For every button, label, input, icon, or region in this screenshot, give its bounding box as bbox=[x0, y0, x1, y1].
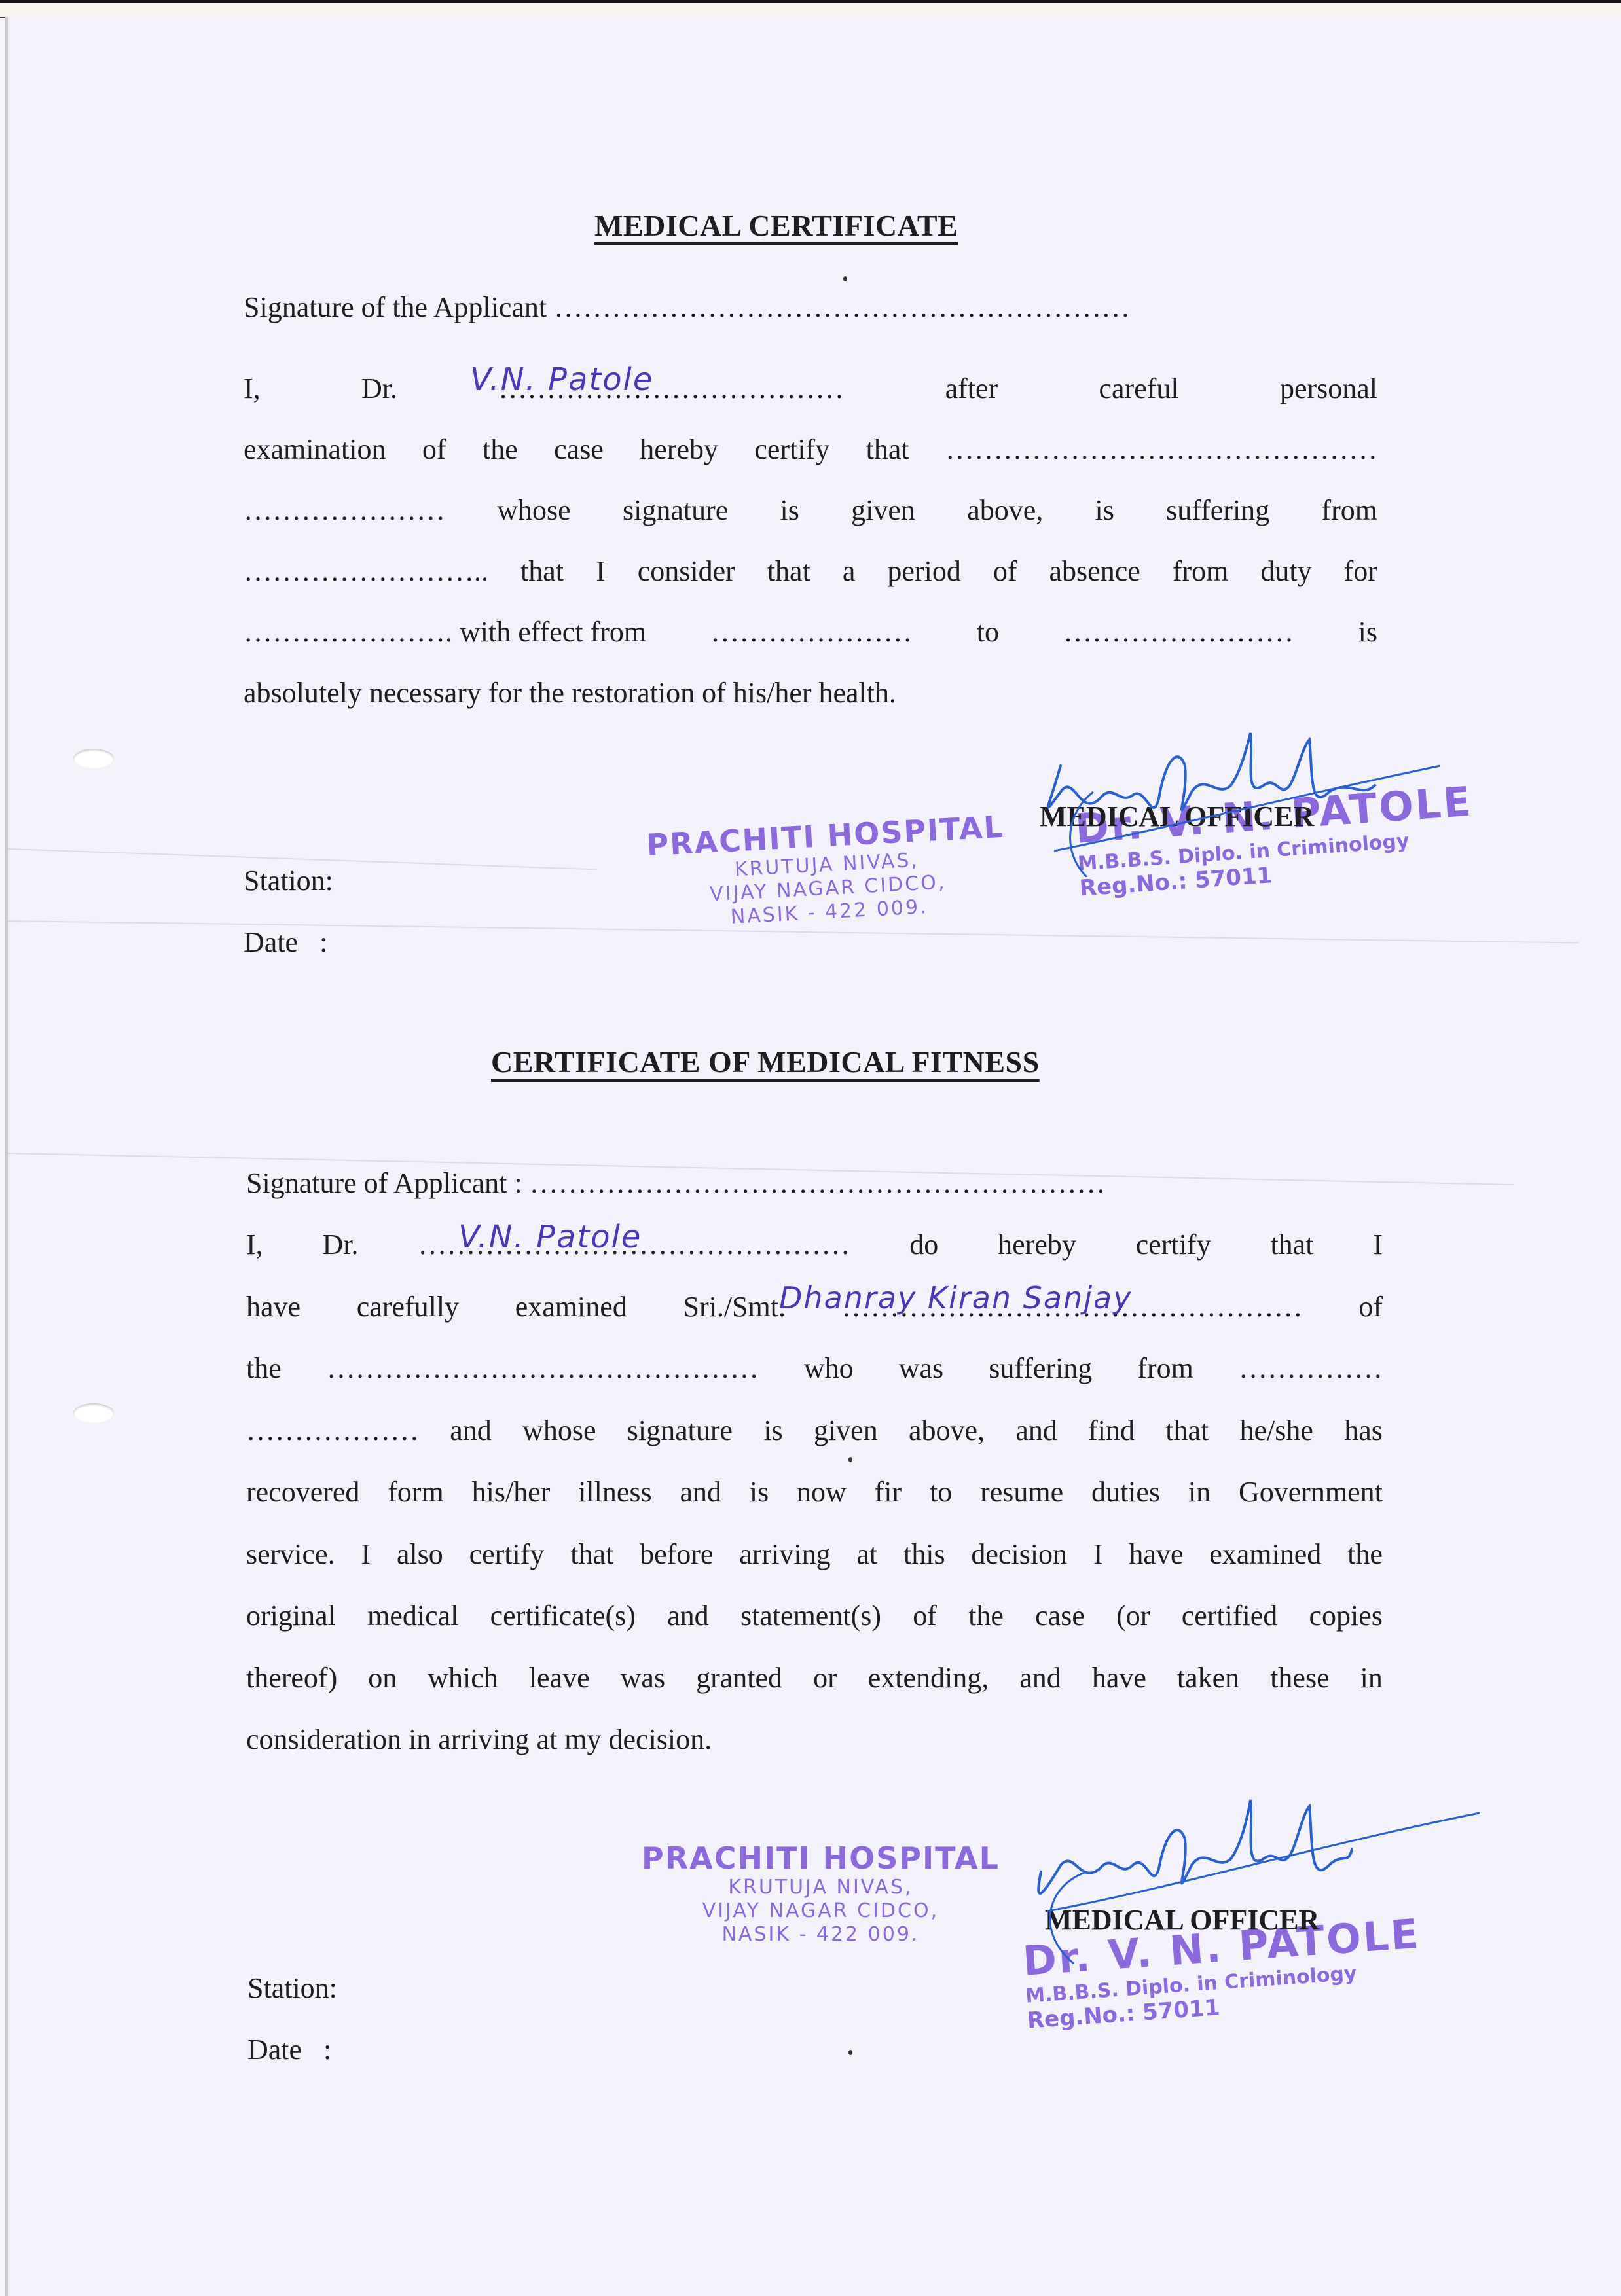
body-word: original bbox=[246, 1602, 336, 1630]
ink-speck bbox=[848, 1457, 852, 1462]
body-word: …………… bbox=[1239, 1354, 1383, 1383]
body-word: of bbox=[422, 435, 446, 464]
body-word: copies bbox=[1309, 1602, 1383, 1630]
body-word: have bbox=[1092, 1664, 1146, 1693]
body-text: signature bbox=[623, 496, 728, 525]
body-word: examination bbox=[244, 435, 386, 464]
body-word: carefully bbox=[357, 1293, 459, 1321]
body-line: originalmedicalcertificate(s)andstatemen… bbox=[246, 1602, 1383, 1630]
body-line: ……………………..thatIconsiderthataperiodofabse… bbox=[244, 557, 1377, 586]
body-word: that bbox=[1270, 1230, 1313, 1259]
body-line: …………………. with effect from…………………to………………… bbox=[244, 618, 1377, 647]
body-word: or bbox=[813, 1664, 837, 1693]
body-word: that bbox=[1165, 1416, 1209, 1445]
body-word: also bbox=[397, 1540, 443, 1569]
date-label: Date : bbox=[247, 2033, 331, 2066]
body-text: is bbox=[780, 496, 799, 525]
body-text: for bbox=[1344, 557, 1377, 586]
body-word: in bbox=[1360, 1664, 1383, 1693]
body-word: at bbox=[856, 1540, 877, 1569]
hospital-address-line: VIJAY NAGAR CIDCO, bbox=[642, 1899, 1000, 1923]
body-word: I bbox=[361, 1540, 371, 1569]
body-word: duties bbox=[1091, 1478, 1160, 1507]
ink-speck bbox=[843, 276, 847, 281]
body-word: (or bbox=[1116, 1602, 1150, 1630]
body-line: the………………………………………whowassufferingfrom………… bbox=[246, 1354, 1383, 1383]
body-text: of bbox=[993, 557, 1017, 586]
hospital-stamp: PRACHITI HOSPITAL KRUTUJA NIVAS, VIJAY N… bbox=[642, 1840, 1000, 1946]
body-text: whose bbox=[497, 496, 570, 525]
body-word: who bbox=[804, 1354, 854, 1383]
body-word: hereby bbox=[998, 1230, 1076, 1259]
body-word: of bbox=[1358, 1293, 1383, 1321]
body-word: on bbox=[368, 1664, 397, 1693]
body-text: to bbox=[977, 618, 999, 647]
body-word: suffering bbox=[989, 1354, 1092, 1383]
body-line: …………………whosesignatureisgivenabove,issuff… bbox=[244, 496, 1377, 525]
body-word: case bbox=[1035, 1602, 1085, 1630]
body-word: medical bbox=[367, 1602, 458, 1630]
body-word: above, bbox=[909, 1416, 985, 1445]
body-text: that bbox=[520, 557, 564, 586]
body-word: resume bbox=[980, 1478, 1063, 1507]
body-word: find bbox=[1088, 1416, 1135, 1445]
body-text: ………………… bbox=[710, 618, 912, 647]
station-label: Station: bbox=[247, 1971, 337, 2005]
body-word: that bbox=[866, 435, 909, 464]
body-word: statement(s) bbox=[740, 1602, 881, 1630]
ink-speck bbox=[848, 2050, 852, 2055]
body-word: fir bbox=[875, 1478, 902, 1507]
body-word: certify bbox=[469, 1540, 545, 1569]
body-text: personal bbox=[1280, 374, 1377, 403]
body-word: is bbox=[750, 1478, 769, 1507]
body-text: I, bbox=[244, 374, 261, 403]
body-line: consideration in arriving at my decision… bbox=[246, 1725, 712, 1754]
body-word: leave bbox=[529, 1664, 590, 1693]
body-text: a bbox=[843, 557, 856, 586]
body-word: ……………… bbox=[246, 1416, 419, 1445]
scanner-margin bbox=[0, 3, 1621, 18]
body-text: …………………….. bbox=[244, 557, 488, 586]
body-text: after bbox=[945, 374, 998, 403]
certificate-title: CERTIFICATE OF MEDICAL FITNESS bbox=[491, 1045, 1040, 1079]
body-word: given bbox=[814, 1416, 878, 1445]
body-word: hereby bbox=[640, 435, 718, 464]
body-word: case bbox=[554, 435, 604, 464]
punch-hole bbox=[73, 1403, 114, 1423]
body-line: examinationofthecaseherebycertifythat………… bbox=[244, 435, 1377, 464]
body-word: Dr. bbox=[323, 1230, 359, 1259]
handwritten-patient-name: Dhanray Kiran Sanjay bbox=[779, 1280, 1132, 1316]
hospital-stamp: PRACHITI HOSPITAL KRUTUJA NIVAS, VIJAY N… bbox=[646, 809, 1009, 933]
body-word: I bbox=[1093, 1540, 1103, 1569]
body-text: consider bbox=[638, 557, 735, 586]
station-label: Station: bbox=[244, 864, 333, 897]
certificate-title: MEDICAL CERTIFICATE bbox=[594, 208, 958, 243]
body-word: have bbox=[246, 1293, 301, 1321]
body-word: has bbox=[1344, 1416, 1383, 1445]
body-word: these bbox=[1270, 1664, 1329, 1693]
body-word: in bbox=[1188, 1478, 1211, 1507]
body-line: I,Dr.………………………………aftercarefulpersonal bbox=[244, 374, 1377, 403]
body-text: consideration in arriving at my decision… bbox=[246, 1723, 712, 1755]
body-word: certified bbox=[1182, 1602, 1278, 1630]
body-word: this bbox=[903, 1540, 945, 1569]
body-word: ……………………………………… bbox=[945, 435, 1377, 464]
body-line: service.Ialsocertifythatbeforearrivingat… bbox=[246, 1540, 1383, 1569]
body-text: I bbox=[596, 557, 606, 586]
body-word: ……………………………………… bbox=[327, 1354, 759, 1383]
body-text: that bbox=[767, 557, 810, 586]
body-text: suffering bbox=[1166, 496, 1269, 525]
hospital-address-line: NASIK - 422 009. bbox=[642, 1923, 1000, 1946]
body-word: granted bbox=[696, 1664, 782, 1693]
body-word: the bbox=[483, 435, 518, 464]
body-text: ………………… bbox=[244, 496, 445, 525]
body-word: and bbox=[1019, 1664, 1061, 1693]
body-word: and bbox=[680, 1478, 721, 1507]
hospital-address-line: KRUTUJA NIVAS, bbox=[642, 1876, 1000, 1899]
body-word: examined bbox=[515, 1293, 627, 1321]
body-word: decision bbox=[971, 1540, 1067, 1569]
body-text: Dr. bbox=[361, 374, 397, 403]
body-word: extending, bbox=[868, 1664, 989, 1693]
punch-hole bbox=[73, 749, 114, 768]
body-word: was bbox=[899, 1354, 943, 1383]
body-word: thereof) bbox=[246, 1664, 337, 1693]
body-word: that bbox=[570, 1540, 613, 1569]
body-word: and bbox=[450, 1416, 492, 1445]
body-text: careful bbox=[1099, 374, 1179, 403]
body-word: recovered bbox=[246, 1478, 359, 1507]
body-word: Sri./Smt. bbox=[683, 1293, 786, 1321]
body-word: and bbox=[667, 1602, 709, 1630]
body-line: recoveredformhis/herillnessandisnowfirto… bbox=[246, 1478, 1383, 1507]
body-word: from bbox=[1137, 1354, 1193, 1383]
body-text: …………………. with effect from bbox=[244, 618, 646, 647]
body-word: certify bbox=[754, 435, 829, 464]
body-word: is bbox=[763, 1416, 782, 1445]
body-text: from bbox=[1173, 557, 1229, 586]
body-word: certificate(s) bbox=[490, 1602, 636, 1630]
body-line: absolutely necessary for the restoration… bbox=[244, 679, 896, 708]
body-word: he/she bbox=[1240, 1416, 1313, 1445]
body-line: ………………andwhosesignatureisgivenabove,andf… bbox=[246, 1416, 1383, 1445]
body-word: examined bbox=[1209, 1540, 1321, 1569]
body-text: …………………… bbox=[1063, 618, 1294, 647]
body-word: to bbox=[930, 1478, 952, 1507]
body-word: taken bbox=[1177, 1664, 1239, 1693]
body-text: is bbox=[1095, 496, 1114, 525]
body-text: duty bbox=[1260, 557, 1311, 586]
body-word: signature bbox=[627, 1416, 733, 1445]
body-text: absence bbox=[1049, 557, 1140, 586]
body-word: I bbox=[1373, 1230, 1383, 1259]
body-word: the bbox=[1347, 1540, 1383, 1569]
applicant-signature-field[interactable]: Signature of the Applicant …………………………………… bbox=[244, 293, 1130, 322]
body-text: given bbox=[851, 496, 915, 525]
body-word: of bbox=[913, 1602, 937, 1630]
body-word: Government bbox=[1239, 1478, 1383, 1507]
body-word: certify bbox=[1136, 1230, 1211, 1259]
body-word: and bbox=[1015, 1416, 1057, 1445]
applicant-signature-field[interactable]: Signature of Applicant : ………………………………………… bbox=[246, 1169, 1106, 1198]
body-word: his/her bbox=[472, 1478, 551, 1507]
handwritten-doctor-name: V.N. Patole bbox=[458, 1219, 642, 1255]
doctor-signature bbox=[1021, 720, 1453, 877]
body-word: do bbox=[909, 1230, 938, 1259]
body-word: the bbox=[246, 1354, 282, 1383]
body-text: is bbox=[1358, 618, 1377, 647]
body-word: the bbox=[968, 1602, 1004, 1630]
date-label: Date : bbox=[244, 925, 327, 959]
body-word: which bbox=[428, 1664, 498, 1693]
body-text: above, bbox=[967, 496, 1043, 525]
hospital-name: PRACHITI HOSPITAL bbox=[642, 1840, 1000, 1876]
body-word: was bbox=[621, 1664, 665, 1693]
body-text: absolutely necessary for the restoration… bbox=[244, 677, 896, 709]
handwritten-doctor-name: V.N. Patole bbox=[470, 361, 653, 398]
body-word: whose bbox=[522, 1416, 596, 1445]
body-word: arriving bbox=[739, 1540, 830, 1569]
body-word: illness bbox=[578, 1478, 651, 1507]
body-word: form bbox=[388, 1478, 444, 1507]
body-line: thereof)onwhichleavewasgrantedorextendin… bbox=[246, 1664, 1383, 1693]
body-text: from bbox=[1321, 496, 1377, 525]
body-word: have bbox=[1129, 1540, 1183, 1569]
body-word: now bbox=[797, 1478, 847, 1507]
body-word: I, bbox=[246, 1230, 263, 1259]
body-word: service. bbox=[246, 1540, 335, 1569]
body-line: I,Dr.………………………………………doherebycertifythatI bbox=[246, 1230, 1383, 1259]
body-text: period bbox=[887, 557, 960, 586]
doctor-signature bbox=[1021, 1787, 1493, 1970]
body-word: before bbox=[640, 1540, 713, 1569]
